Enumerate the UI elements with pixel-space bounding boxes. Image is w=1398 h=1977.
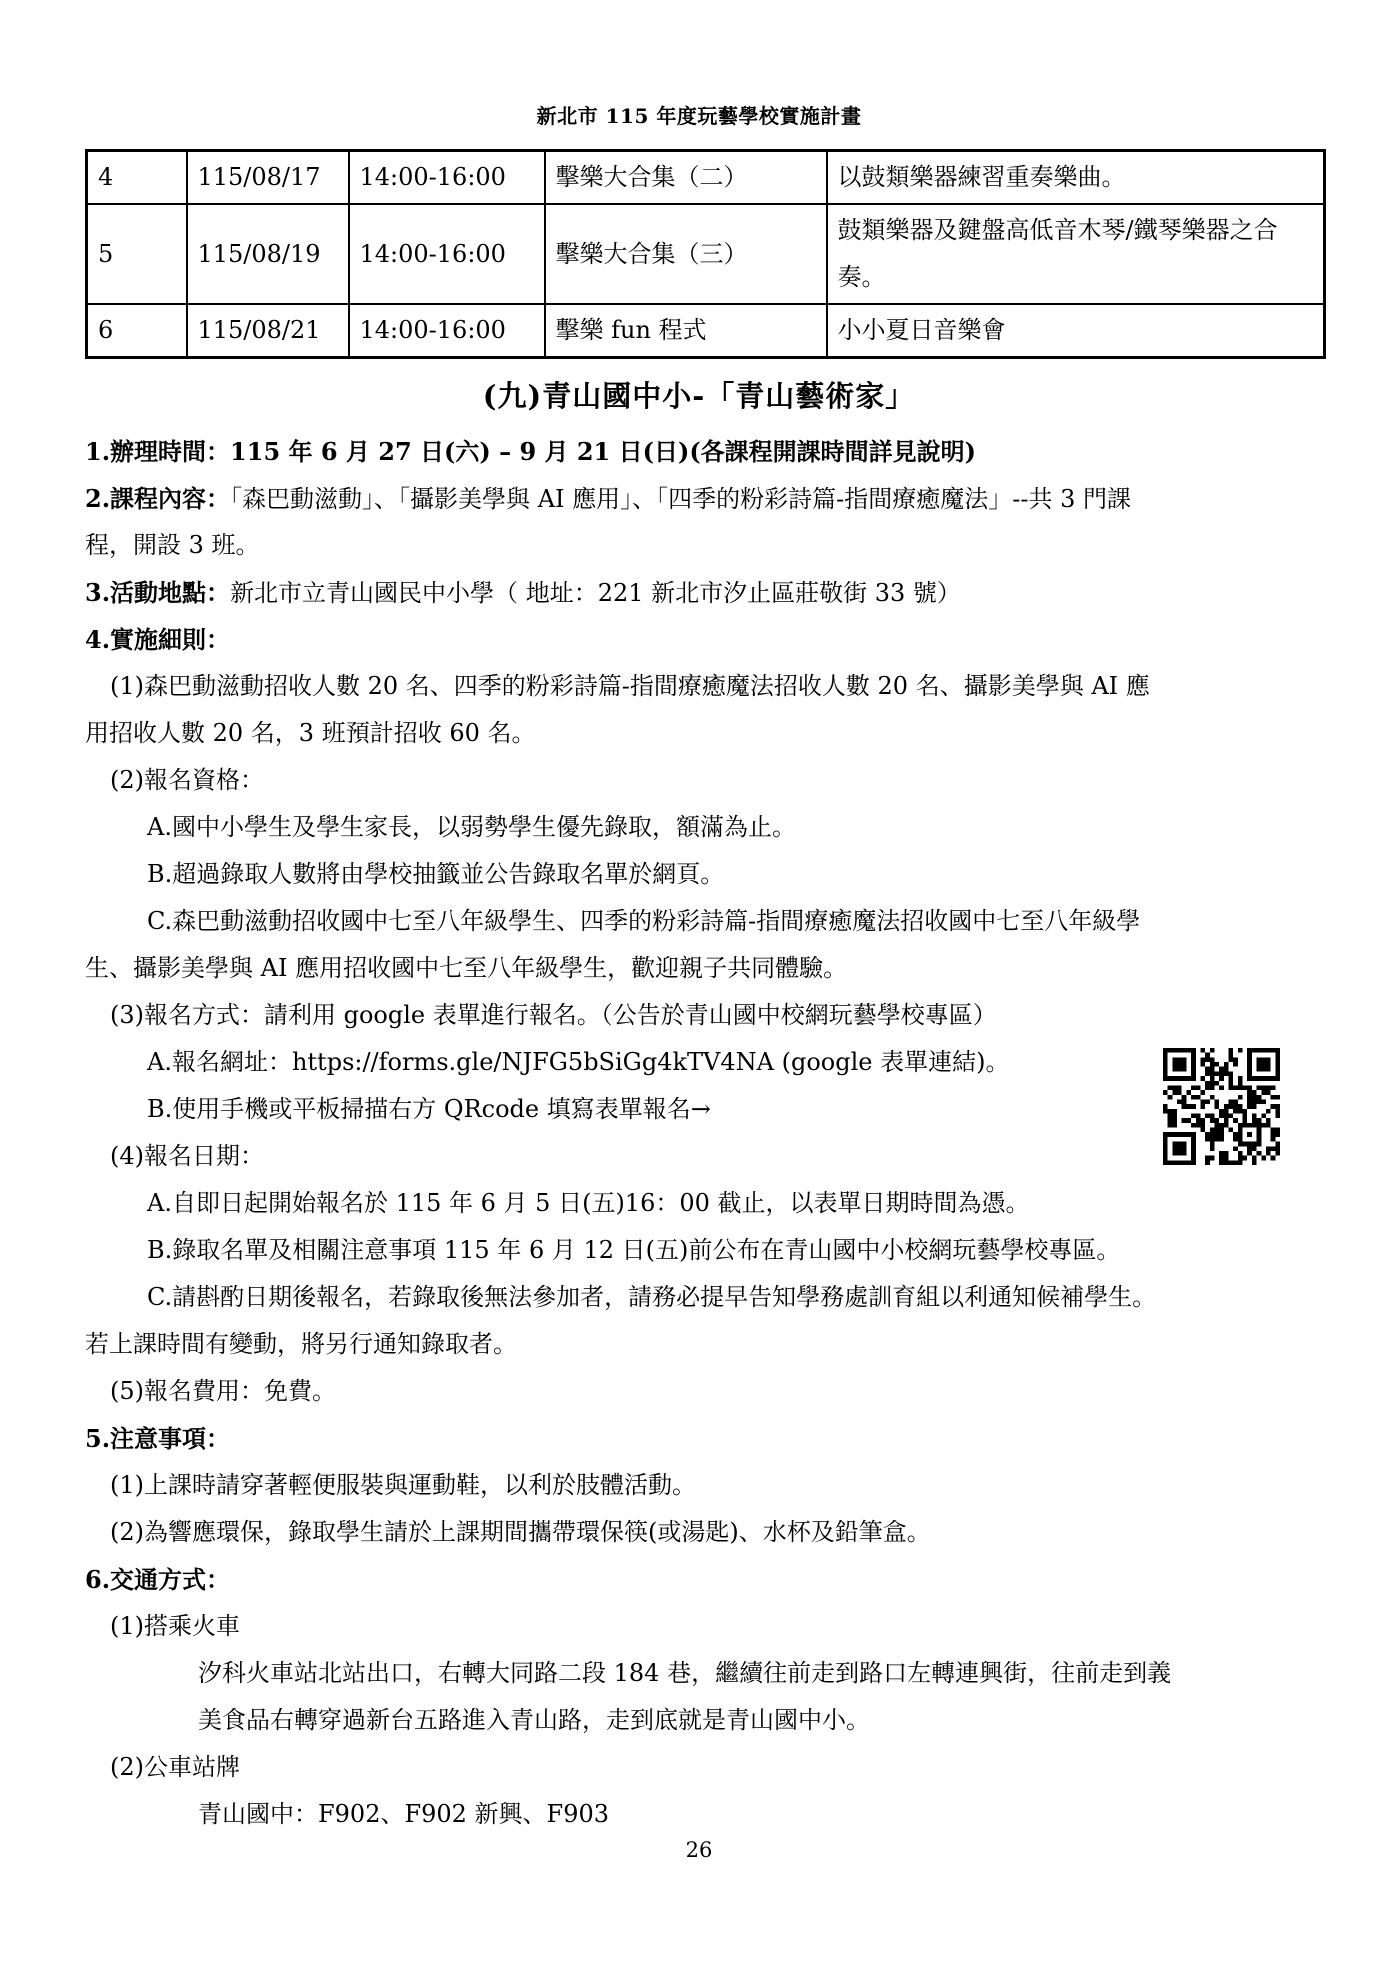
cell-no: 6 — [87, 304, 187, 358]
body-line-text: 生、攝影美學與 AI 應用招收國中七至八年級學生，歡迎親子共同體驗。 — [85, 954, 847, 982]
cell-time: 14:00-16:00 — [349, 304, 545, 358]
body-line: 1.辦理時間：115 年 6 月 27 日(六) – 9 月 21 日(日)(各… — [85, 428, 1330, 475]
body-line-label: 4.實施細則： — [85, 625, 230, 654]
body-line-text: (4)報名日期： — [110, 1142, 264, 1170]
body-line-text: (1)搭乘火車 — [110, 1612, 240, 1640]
body-line: 用招收人數 20 名，3 班預計招收 60 名。 — [85, 710, 1330, 757]
body-line-text: A.自即日起開始報名於 115 年 6 月 5 日(五)16：00 截止，以表單… — [147, 1189, 1030, 1217]
body-line-text: A.報名網址：https://forms.gle/NJFG5bSiGg4kTV4… — [147, 1048, 1009, 1076]
body-line-text: A.國中小學生及學生家長，以弱勢學生優先錄取，額滿為止。 — [147, 813, 796, 841]
body-line-text: (1)上課時請穿著輕便服裝與運動鞋，以利於肢體活動。 — [110, 1471, 696, 1499]
body-line-label: 1.辦理時間：115 年 6 月 27 日(六) – 9 月 21 日(日)(各… — [85, 437, 976, 466]
cell-date: 115/08/19 — [187, 204, 349, 304]
cell-course: 擊樂大合集（二） — [545, 151, 827, 205]
cell-content: 鼓類樂器及鍵盤高低音木琴/鐵琴樂器之合奏。 — [827, 204, 1325, 304]
table-row: 6115/08/2114:00-16:00擊樂 fun 程式小小夏日音樂會 — [87, 304, 1325, 358]
body-line-text: 「森巴動滋動」、「攝影美學與 AI 應用」、「四季的粉彩詩篇-指間療癒魔法」--… — [230, 485, 1131, 513]
body-line: (4)報名日期： — [85, 1133, 1330, 1180]
body-line: B.超過錄取人數將由學校抽籤並公告錄取名單於網頁。 — [85, 851, 1330, 898]
cell-date: 115/08/21 — [187, 304, 349, 358]
body-line-text: B.超過錄取人數將由學校抽籤並公告錄取名單於網頁。 — [147, 860, 724, 888]
body-line: 3.活動地點：新北市立青山國民中小學（ 地址：221 新北市汐止區莊敬街 33 … — [85, 569, 1330, 616]
body-line: 2.課程內容：「森巴動滋動」、「攝影美學與 AI 應用」、「四季的粉彩詩篇-指間… — [85, 475, 1330, 522]
page-number: 26 — [0, 1838, 1398, 1862]
cell-date: 115/08/17 — [187, 151, 349, 205]
body-line: (2)公車站牌 — [85, 1744, 1330, 1791]
body-line-text: (3)報名方式：請利用 google 表單進行報名。（公告於青山國中校網玩藝學校… — [110, 1001, 997, 1029]
body-line-text: B.錄取名單及相關注意事項 115 年 6 月 12 日(五)前公布在青山國中小… — [147, 1236, 1120, 1264]
cell-no: 5 — [87, 204, 187, 304]
body-line-text: C.森巴動滋動招收國中七至八年級學生、四季的粉彩詩篇-指間療癒魔法招收國中七至八… — [147, 907, 1140, 935]
document-page: 新北市 115 年度玩藝學校實施計畫 4115/08/1714:00-16:00… — [0, 0, 1398, 1977]
body-line-text: 青山國中：F902、F902 新興、F903 — [198, 1800, 609, 1828]
body-line: 6.交通方式： — [85, 1556, 1330, 1603]
body-line: C.森巴動滋動招收國中七至八年級學生、四季的粉彩詩篇-指間療癒魔法招收國中七至八… — [85, 898, 1330, 945]
body-line: 汐科火車站北站出口，右轉大同路二段 184 巷，繼續往前走到路口左轉連興街，往前… — [85, 1650, 1330, 1697]
body-line: (2)報名資格： — [85, 757, 1330, 804]
body-line-text: C.請斟酌日期後報名，若錄取後無法參加者，請務必提早告知學務處訓育組以利通知候補… — [147, 1283, 1156, 1311]
body-line-text: 用招收人數 20 名，3 班預計招收 60 名。 — [85, 719, 536, 747]
registration-qr-code — [1163, 1048, 1280, 1165]
body-line: B.錄取名單及相關注意事項 115 年 6 月 12 日(五)前公布在青山國中小… — [85, 1227, 1330, 1274]
body-line: (2)為響應環保，錄取學生請於上課期間攜帶環保筷(或湯匙)、水杯及鉛筆盒。 — [85, 1509, 1330, 1556]
body-line-text: 新北市立青山國民中小學（ 地址：221 新北市汐止區莊敬街 33 號） — [230, 579, 961, 607]
body-line-text: (2)公車站牌 — [110, 1753, 240, 1781]
body-line: 程，開設 3 班。 — [85, 522, 1330, 569]
body-line: 青山國中：F902、F902 新興、F903 — [85, 1791, 1330, 1838]
body-line: 若上課時間有變動，將另行通知錄取者。 — [85, 1321, 1330, 1368]
body-line: A.國中小學生及學生家長，以弱勢學生優先錄取，額滿為止。 — [85, 804, 1330, 851]
body-line: 5.注意事項： — [85, 1415, 1330, 1462]
table-row: 4115/08/1714:00-16:00擊樂大合集（二）以鼓類樂器練習重奏樂曲… — [87, 151, 1325, 205]
schedule-table: 4115/08/1714:00-16:00擊樂大合集（二）以鼓類樂器練習重奏樂曲… — [85, 149, 1326, 359]
body-line-text: (2)為響應環保，錄取學生請於上課期間攜帶環保筷(或湯匙)、水杯及鉛筆盒。 — [110, 1518, 931, 1546]
body-line-text: 程，開設 3 班。 — [85, 531, 260, 559]
body-line: (1)搭乘火車 — [85, 1603, 1330, 1650]
body-line-label: 6.交通方式： — [85, 1565, 230, 1594]
cell-no: 4 — [87, 151, 187, 205]
body-line-label: 5.注意事項： — [85, 1424, 230, 1453]
body-line: 4.實施細則： — [85, 616, 1330, 663]
cell-course: 擊樂 fun 程式 — [545, 304, 827, 358]
body-line: B.使用手機或平板掃描右方 QRcode 填寫表單報名→ — [85, 1086, 1330, 1133]
body-line: (3)報名方式：請利用 google 表單進行報名。（公告於青山國中校網玩藝學校… — [85, 992, 1330, 1039]
body-line: A.自即日起開始報名於 115 年 6 月 5 日(五)16：00 截止，以表單… — [85, 1180, 1330, 1227]
body-line-text: 若上課時間有變動，將另行通知錄取者。 — [85, 1330, 517, 1358]
section-heading: (九)青山國中小-「青山藝術家」 — [0, 374, 1398, 415]
body-line-label: 2.課程內容： — [85, 484, 230, 513]
body-line: (5)報名費用：免費。 — [85, 1368, 1330, 1415]
cell-time: 14:00-16:00 — [349, 204, 545, 304]
cell-content: 以鼓類樂器練習重奏樂曲。 — [827, 151, 1325, 205]
body-line-label: 3.活動地點： — [85, 578, 230, 607]
body-line: A.報名網址：https://forms.gle/NJFG5bSiGg4kTV4… — [85, 1039, 1330, 1086]
document-header-title: 新北市 115 年度玩藝學校實施計畫 — [0, 100, 1398, 129]
cell-course: 擊樂大合集（三） — [545, 204, 827, 304]
body-line-text: (1)森巴動滋動招收人數 20 名、四季的粉彩詩篇-指間療癒魔法招收人數 20 … — [110, 672, 1150, 700]
section-body: 1.辦理時間：115 年 6 月 27 日(六) – 9 月 21 日(日)(各… — [85, 428, 1330, 1838]
body-line-text: B.使用手機或平板掃描右方 QRcode 填寫表單報名→ — [147, 1095, 711, 1123]
body-line: 生、攝影美學與 AI 應用招收國中七至八年級學生，歡迎親子共同體驗。 — [85, 945, 1330, 992]
body-line: 美食品右轉穿過新台五路進入青山路，走到底就是青山國中小。 — [85, 1697, 1330, 1744]
body-line-text: 汐科火車站北站出口，右轉大同路二段 184 巷，繼續往前走到路口左轉連興街，往前… — [198, 1659, 1171, 1687]
table-row: 5115/08/1914:00-16:00擊樂大合集（三）鼓類樂器及鍵盤高低音木… — [87, 204, 1325, 304]
cell-content: 小小夏日音樂會 — [827, 304, 1325, 358]
cell-time: 14:00-16:00 — [349, 151, 545, 205]
body-line-text: (2)報名資格： — [110, 766, 264, 794]
body-line-text: 美食品右轉穿過新台五路進入青山路，走到底就是青山國中小。 — [198, 1706, 870, 1734]
body-line: (1)森巴動滋動招收人數 20 名、四季的粉彩詩篇-指間療癒魔法招收人數 20 … — [85, 663, 1330, 710]
body-line: C.請斟酌日期後報名，若錄取後無法參加者，請務必提早告知學務處訓育組以利通知候補… — [85, 1274, 1330, 1321]
body-line-text: (5)報名費用：免費。 — [110, 1377, 336, 1405]
body-line: (1)上課時請穿著輕便服裝與運動鞋，以利於肢體活動。 — [85, 1462, 1330, 1509]
